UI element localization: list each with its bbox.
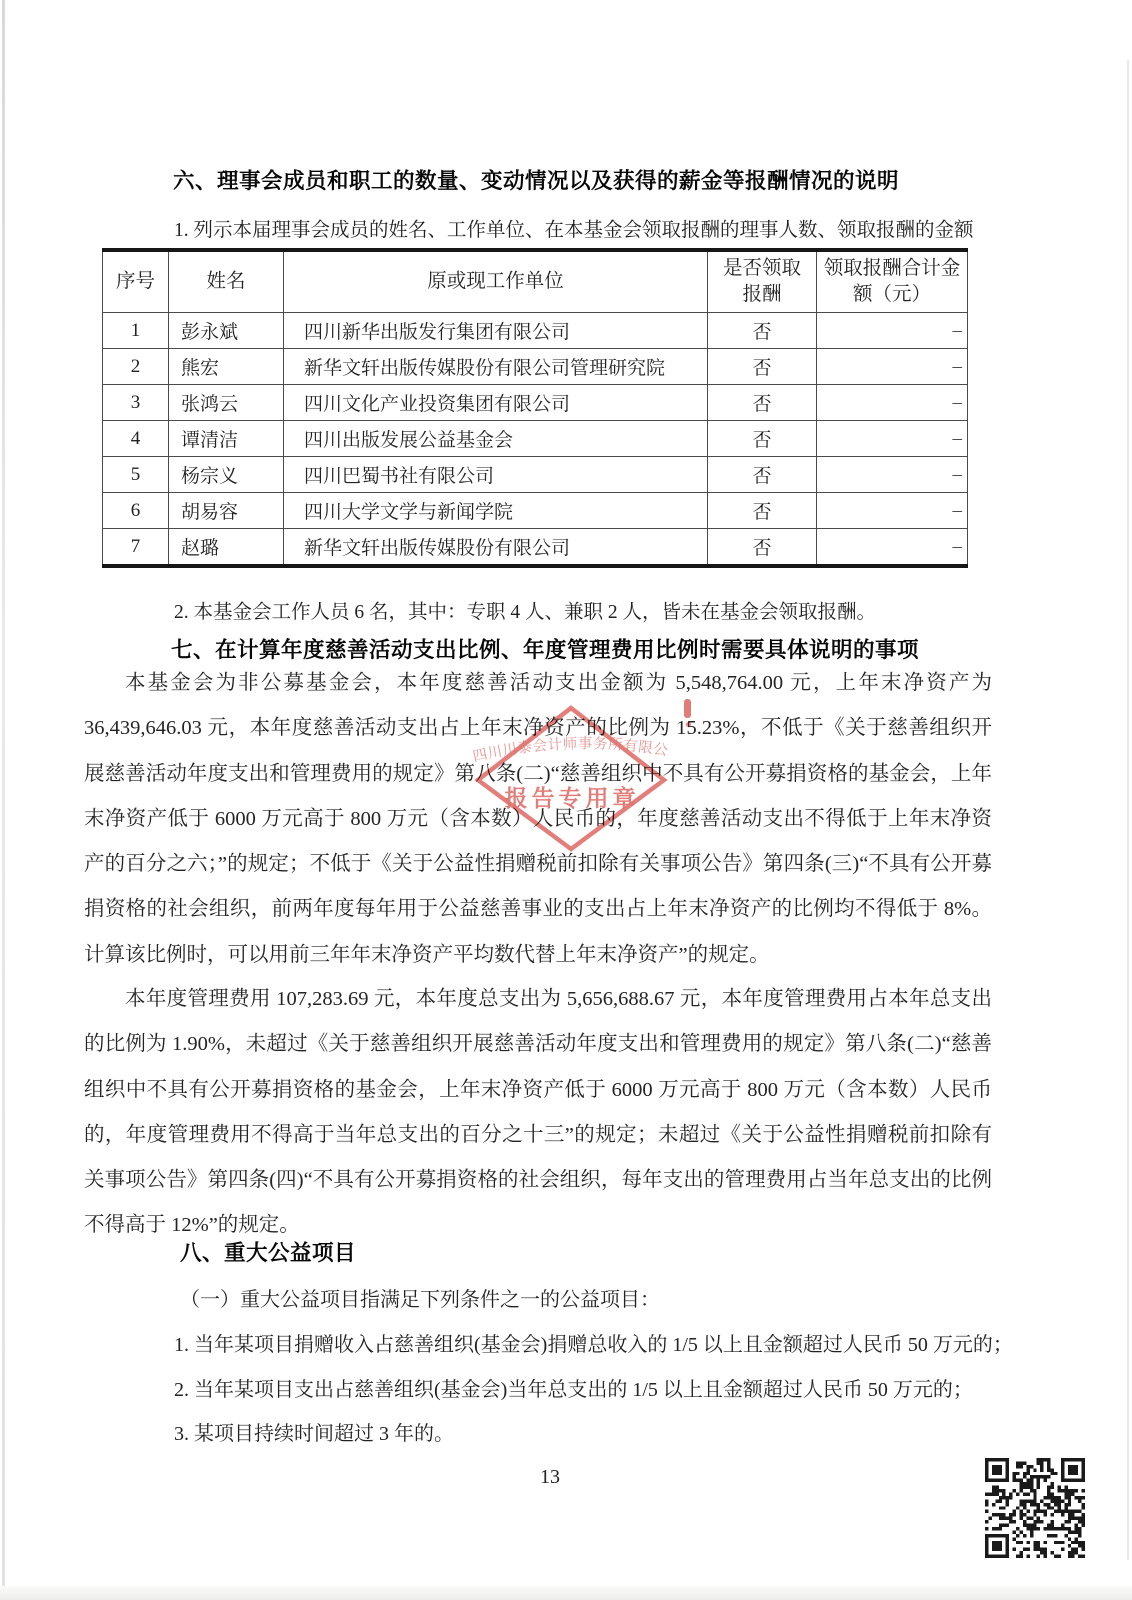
cell-name: 杨宗义 bbox=[169, 457, 284, 493]
cell-paid: 否 bbox=[708, 493, 817, 529]
cell-no: 3 bbox=[103, 385, 169, 421]
stamp-ink-artifact bbox=[684, 699, 691, 718]
cell-org: 四川巴蜀书社有限公司 bbox=[284, 457, 708, 493]
cell-org: 新华文轩出版传媒股份有限公司管理研究院 bbox=[284, 349, 708, 385]
cell-name: 胡易容 bbox=[169, 493, 284, 529]
cell-amount: – bbox=[817, 421, 968, 457]
cell-amount: – bbox=[817, 493, 968, 529]
cell-org: 四川文化产业投资集团有限公司 bbox=[284, 385, 708, 421]
cell-org: 四川新华出版发行集团有限公司 bbox=[284, 313, 708, 349]
board-members-table: 序号 姓名 原或现工作单位 是否领取报酬 领取报酬合计金额（元） 1 彭永斌 四… bbox=[102, 248, 968, 568]
section6-item1: 1. 列示本届理事会成员的姓名、工作单位、在本基金会领取报酬的理事人数、领取报酬… bbox=[174, 214, 974, 242]
document-page: 六、理事会成员和职工的数量、变动情况以及获得的薪金等报酬情况的说明 1. 列示本… bbox=[0, 0, 1132, 1600]
cell-no: 2 bbox=[103, 349, 169, 385]
col-header-org: 原或现工作单位 bbox=[284, 250, 708, 313]
cell-no: 5 bbox=[103, 457, 169, 493]
col-header-amount: 领取报酬合计金额（元） bbox=[817, 250, 968, 313]
scan-edge-right bbox=[1127, 60, 1129, 1560]
page-number: 13 bbox=[0, 1466, 1100, 1489]
cell-name: 赵璐 bbox=[169, 529, 284, 567]
col-header-paid: 是否领取报酬 bbox=[708, 250, 817, 313]
table-row: 6 胡易容 四川大学文学与新闻学院 否 – bbox=[103, 493, 968, 529]
stamp-ink-artifact bbox=[686, 722, 691, 727]
table-row: 1 彭永斌 四川新华出版发行集团有限公司 否 – bbox=[103, 313, 968, 349]
cell-no: 6 bbox=[103, 493, 169, 529]
section7-heading: 七、在计算年度慈善活动支出比例、年度管理费用比例时需要具体说明的事项 bbox=[171, 633, 919, 664]
section6-heading: 六、理事会成员和职工的数量、变动情况以及获得的薪金等报酬情况的说明 bbox=[173, 164, 899, 195]
cell-amount: – bbox=[817, 349, 968, 385]
scan-edge-bottom bbox=[0, 1586, 1132, 1600]
table-row: 2 熊宏 新华文轩出版传媒股份有限公司管理研究院 否 – bbox=[103, 349, 968, 385]
section7-paragraph-2: 本年度管理费用 107,283.69 元，本年度总支出为 5,656,688.6… bbox=[84, 977, 992, 1249]
cell-paid: 否 bbox=[708, 457, 817, 493]
cell-org: 新华文轩出版传媒股份有限公司 bbox=[284, 529, 708, 567]
col-header-no: 序号 bbox=[103, 250, 169, 313]
cell-amount: – bbox=[817, 529, 968, 567]
cell-paid: 否 bbox=[708, 385, 817, 421]
col-header-name: 姓名 bbox=[169, 250, 284, 313]
cell-org: 四川出版发展公益基金会 bbox=[284, 421, 708, 457]
table-row: 4 谭清洁 四川出版发展公益基金会 否 – bbox=[103, 421, 968, 457]
cell-paid: 否 bbox=[708, 529, 817, 567]
cell-name: 熊宏 bbox=[169, 349, 284, 385]
cell-paid: 否 bbox=[708, 349, 817, 385]
table-row: 7 赵璐 新华文轩出版传媒股份有限公司 否 – bbox=[103, 529, 968, 567]
cell-name: 张鸿云 bbox=[169, 385, 284, 421]
cell-amount: – bbox=[817, 457, 968, 493]
table-row: 5 杨宗义 四川巴蜀书社有限公司 否 – bbox=[103, 457, 968, 493]
scan-edge-left bbox=[2, 0, 5, 1600]
section8-intro: （一）重大公益项目指满足下列条件之一的公益项目： bbox=[180, 1283, 660, 1312]
qr-code-pattern bbox=[985, 1458, 1085, 1558]
cell-amount: – bbox=[817, 313, 968, 349]
qr-code bbox=[985, 1458, 1085, 1558]
cell-no: 4 bbox=[103, 421, 169, 457]
table-header-row: 序号 姓名 原或现工作单位 是否领取报酬 领取报酬合计金额（元） bbox=[103, 250, 968, 313]
section8-item-3: 3. 某项目持续时间超过 3 年的。 bbox=[174, 1417, 454, 1446]
cell-paid: 否 bbox=[708, 421, 817, 457]
cell-paid: 否 bbox=[708, 313, 817, 349]
cell-no: 1 bbox=[103, 313, 169, 349]
cell-amount: – bbox=[817, 385, 968, 421]
cell-no: 7 bbox=[103, 529, 169, 567]
table-row: 3 张鸿云 四川文化产业投资集团有限公司 否 – bbox=[103, 385, 968, 421]
cell-org: 四川大学文学与新闻学院 bbox=[284, 493, 708, 529]
cell-name: 彭永斌 bbox=[169, 313, 284, 349]
section8-heading: 八、重大公益项目 bbox=[180, 1236, 356, 1267]
section7-paragraph-1: 本基金会为非公募基金会，本年度慈善活动支出金额为 5,548,764.00 元，… bbox=[84, 661, 992, 978]
section8-item-1: 1. 当年某项目捐赠收入占慈善组织(基金会)捐赠总收入的 1/5 以上且金额超过… bbox=[174, 1328, 1013, 1357]
section8-item-2: 2. 当年某项目支出占慈善组织(基金会)当年总支出的 1/5 以上且金额超过人民… bbox=[174, 1373, 973, 1402]
section6-item2: 2. 本基金会工作人员 6 名，其中：专职 4 人、兼职 2 人，皆未在基金会领… bbox=[174, 596, 876, 624]
cell-name: 谭清洁 bbox=[169, 421, 284, 457]
